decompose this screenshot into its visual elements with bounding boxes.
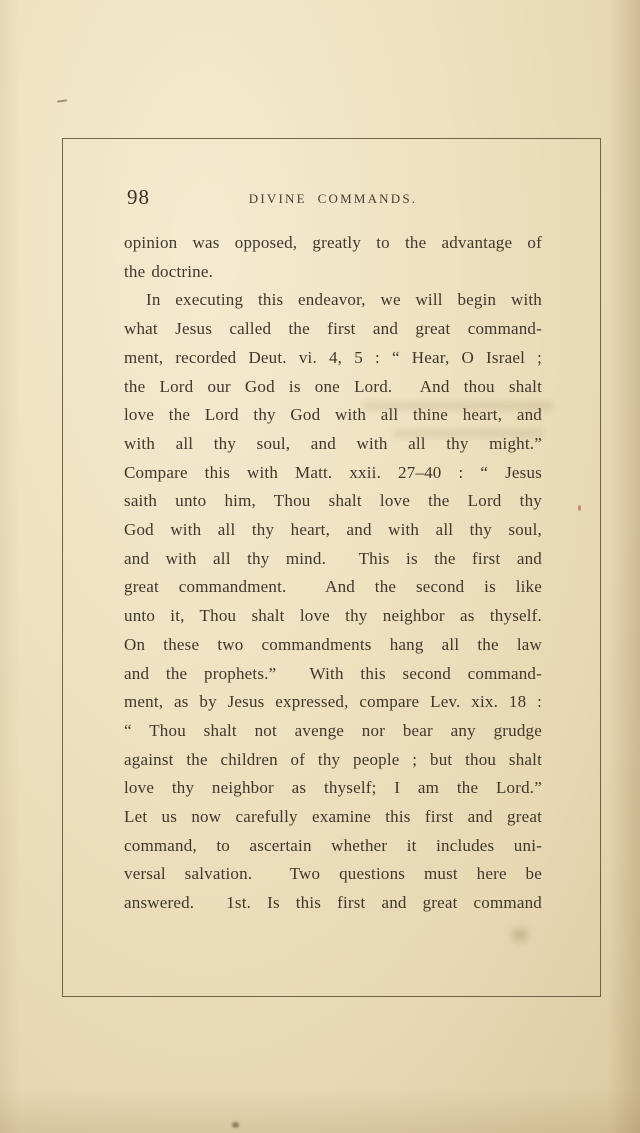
text-line: against the children of thy people ; but… [124,746,542,775]
text-line: and with all thy mind. This is the first… [124,545,542,574]
text-line: answered. 1st. Is this first and great c… [124,889,542,918]
text-line: God with all thy heart, and with all thy… [124,516,542,545]
text-line: “ Thou shalt not avenge nor bear any gru… [124,717,542,746]
text-line: love the Lord thy God with all thine hea… [124,401,542,430]
text-line: saith unto him, Thou shalt love the Lord… [124,487,542,516]
running-head: DIVINE COMMANDS. [124,191,542,207]
text-line: In executing this endeavor, we will begi… [124,286,542,315]
text-line: and the prophets.” With this second comm… [124,660,542,689]
scanned-book-page: 98 DIVINE COMMANDS. opinion was opposed,… [0,0,640,1133]
text-line: opinion was opposed, greatly to the adva… [124,229,542,258]
paper-speckle [57,99,67,102]
text-line: what Jesus called the first and great co… [124,315,542,344]
text-line: On these two commandments hang all the l… [124,631,542,660]
text-line: with all thy soul, and with all thy migh… [124,430,542,459]
text-line: versal salvation. Two questions must her… [124,860,542,889]
text-line: love thy neighbor as thyself; I am the L… [124,774,542,803]
paper-speckle [232,1122,239,1128]
page-border: 98 DIVINE COMMANDS. opinion was opposed,… [62,138,601,997]
page-body: opinion was opposed, greatly to the adva… [124,229,542,918]
text-line: ment, recorded Deut. vi. 4, 5 : “ Hear, … [124,344,542,373]
text-line: the doctrine. [124,258,542,287]
page-header: 98 DIVINE COMMANDS. [124,185,542,215]
text-line: Compare this with Matt. xxii. 27–40 : “ … [124,459,542,488]
text-line: great commandment. And the second is lik… [124,573,542,602]
text-line: ment, as by Jesus expressed, compare Lev… [124,688,542,717]
text-line: command, to ascertain whether it include… [124,832,542,861]
text-line: unto it, Thou shalt love thy neighbor as… [124,602,542,631]
text-line: Let us now carefully examine this first … [124,803,542,832]
text-line: the Lord our God is one Lord. And thou s… [124,373,542,402]
